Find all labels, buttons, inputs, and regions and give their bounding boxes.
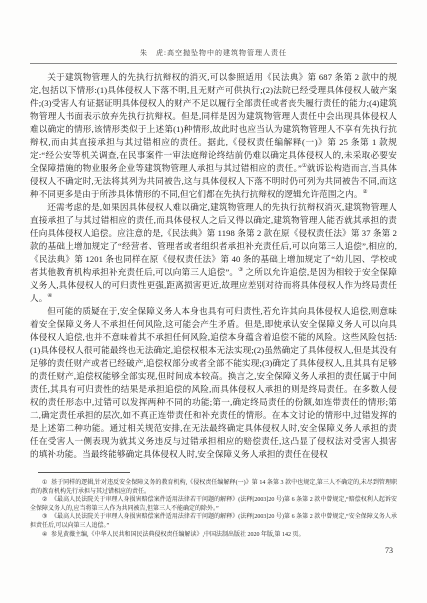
footnote-number: ④ <box>42 532 47 538</box>
footnote-number: ③ <box>42 514 47 520</box>
footnote: ①基于同样的逻辑,针对违反安全保障义务的教育机构,《侵权责任编解释(一)》第 1… <box>30 479 397 496</box>
body-paragraph: 还需考虑的是,如果因具体侵权人难以确定,建筑物管理人的先执行抗辩权消灭,建筑物管… <box>30 201 397 305</box>
article-body: 关于建筑物管理人的先执行抗辩权的消灭,可以参照适用《民法典》第 687 条第 2… <box>30 71 397 461</box>
footnote-number: ② <box>42 497 47 503</box>
footnote-text: 《最高人民法院关于审理人身损害赔偿案件适用法律若干问题的解释》(法释[2003]… <box>30 497 397 512</box>
body-paragraph: 但可能的质疑在于,安全保障义务人本身也具有可归责性,若允许其向具体侵权人追偿,则… <box>30 305 397 461</box>
paper-page: 朱 虎:高空抛坠物中的建筑物管理人责任 关于建筑物管理人的先执行抗辩权的消灭,可… <box>0 0 427 603</box>
footnote: ②《最高人民法院关于审理人身损害赔偿案件适用法律若干问题的解释》(法释[2003… <box>30 496 397 513</box>
footnote-text: 参见黄薇主编,《中华人民共和国民法典侵权责任编解读》,中国法制出版社 2020 … <box>51 532 305 538</box>
page-number: 73 <box>30 546 397 555</box>
footnote-marker: ④ <box>47 293 52 299</box>
paragraph-text: 但可能的质疑在于,安全保障义务人本身也具有可归责性,若允许其向具体侵权人追偿,则… <box>30 306 397 459</box>
footnote-number: ① <box>42 480 47 486</box>
paragraph-text: 关于建筑物管理人的先执行抗辩权的消灭,可以参照适用《民法典》第 687 条第 2… <box>30 72 397 173</box>
header-rule <box>30 63 397 64</box>
body-paragraph: 关于建筑物管理人的先执行抗辩权的消灭,可以参照适用《民法典》第 687 条第 2… <box>30 71 397 201</box>
footnote-text: 基于同样的逻辑,针对违反安全保障义务的教育机构,《侵权责任编解释(一)》第 14… <box>30 480 397 495</box>
paragraph-text: 还需考虑的是,如果因具体侵权人难以确定,建筑物管理人的先执行抗辩权消灭,建筑物管… <box>30 202 397 277</box>
footnote: ④参见黄薇主编,《中华人民共和国民法典侵权责任编解读》,中国法制出版社 2020… <box>30 531 397 540</box>
footnote-marker: ② <box>363 189 368 195</box>
footnotes: ①基于同样的逻辑,针对违反安全保障义务的教育机构,《侵权责任编解释(一)》第 1… <box>30 479 397 539</box>
running-header-text: 朱 虎:高空抛坠物中的建筑物管理人责任 <box>140 49 287 57</box>
footnote: ③《最高人民法院关于审理人身损害赔偿案件适用法律若干问题的解释》(法释[2003… <box>30 513 397 530</box>
footnote-text: 《最高人民法院关于审理人身损害赔偿案件适用法律若干问题的解释》(法释[2003]… <box>30 514 397 529</box>
footnote-separator <box>38 472 130 473</box>
running-header: 朱 虎:高空抛坠物中的建筑物管理人责任 <box>30 48 397 58</box>
